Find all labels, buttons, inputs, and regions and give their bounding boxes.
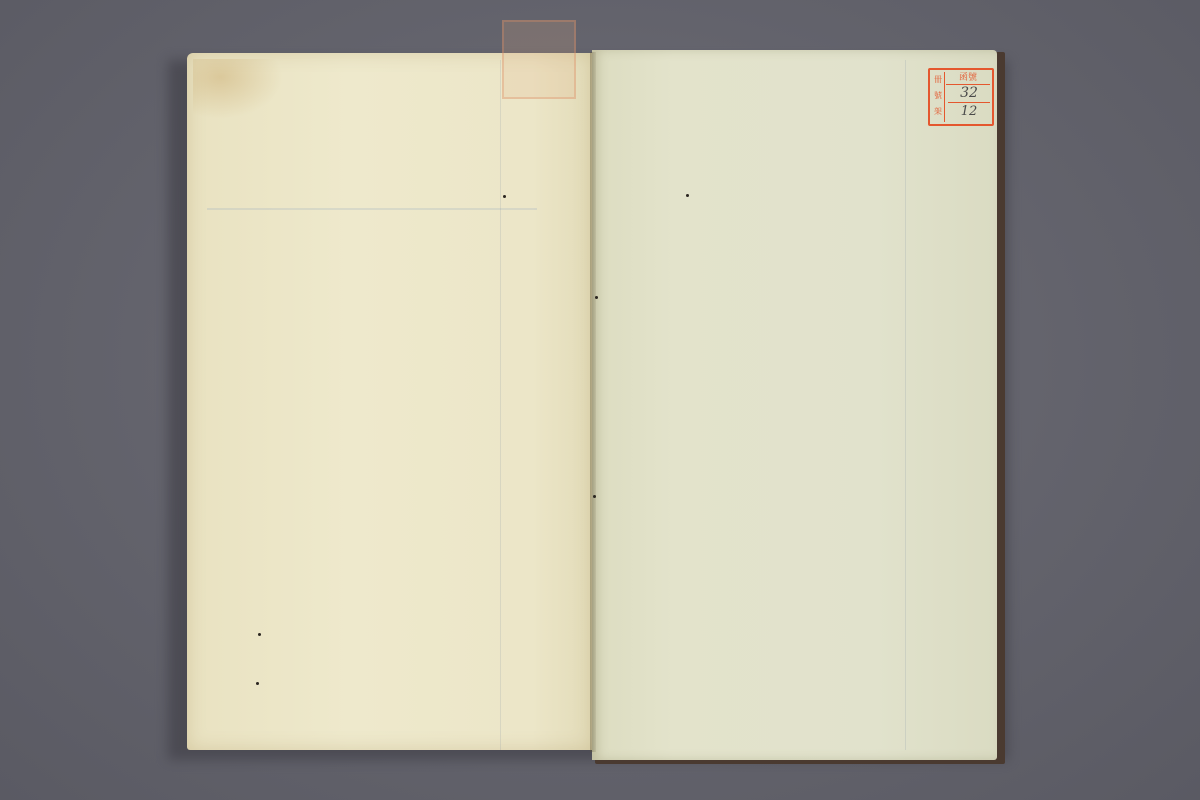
show-through-line (905, 60, 906, 750)
binding-dot (686, 194, 689, 197)
binding-dot (256, 682, 259, 685)
left-page (187, 53, 593, 750)
right-page (592, 50, 997, 760)
seal-side-label: 冊 號 架 (932, 72, 945, 122)
faint-offset-stamp (502, 20, 576, 99)
seal-shelf-number: 32 (948, 84, 990, 103)
show-through-line (500, 60, 501, 750)
book-gutter (590, 52, 596, 752)
binding-hole (593, 495, 596, 498)
corner-stain (193, 59, 283, 119)
binding-dot (258, 633, 261, 636)
library-seal: 冊 號 架 函號 32 12 (928, 68, 994, 126)
seal-volume-number: 12 (948, 103, 990, 121)
show-through-line (207, 208, 537, 210)
binding-dot (503, 195, 506, 198)
binding-hole (595, 296, 598, 299)
